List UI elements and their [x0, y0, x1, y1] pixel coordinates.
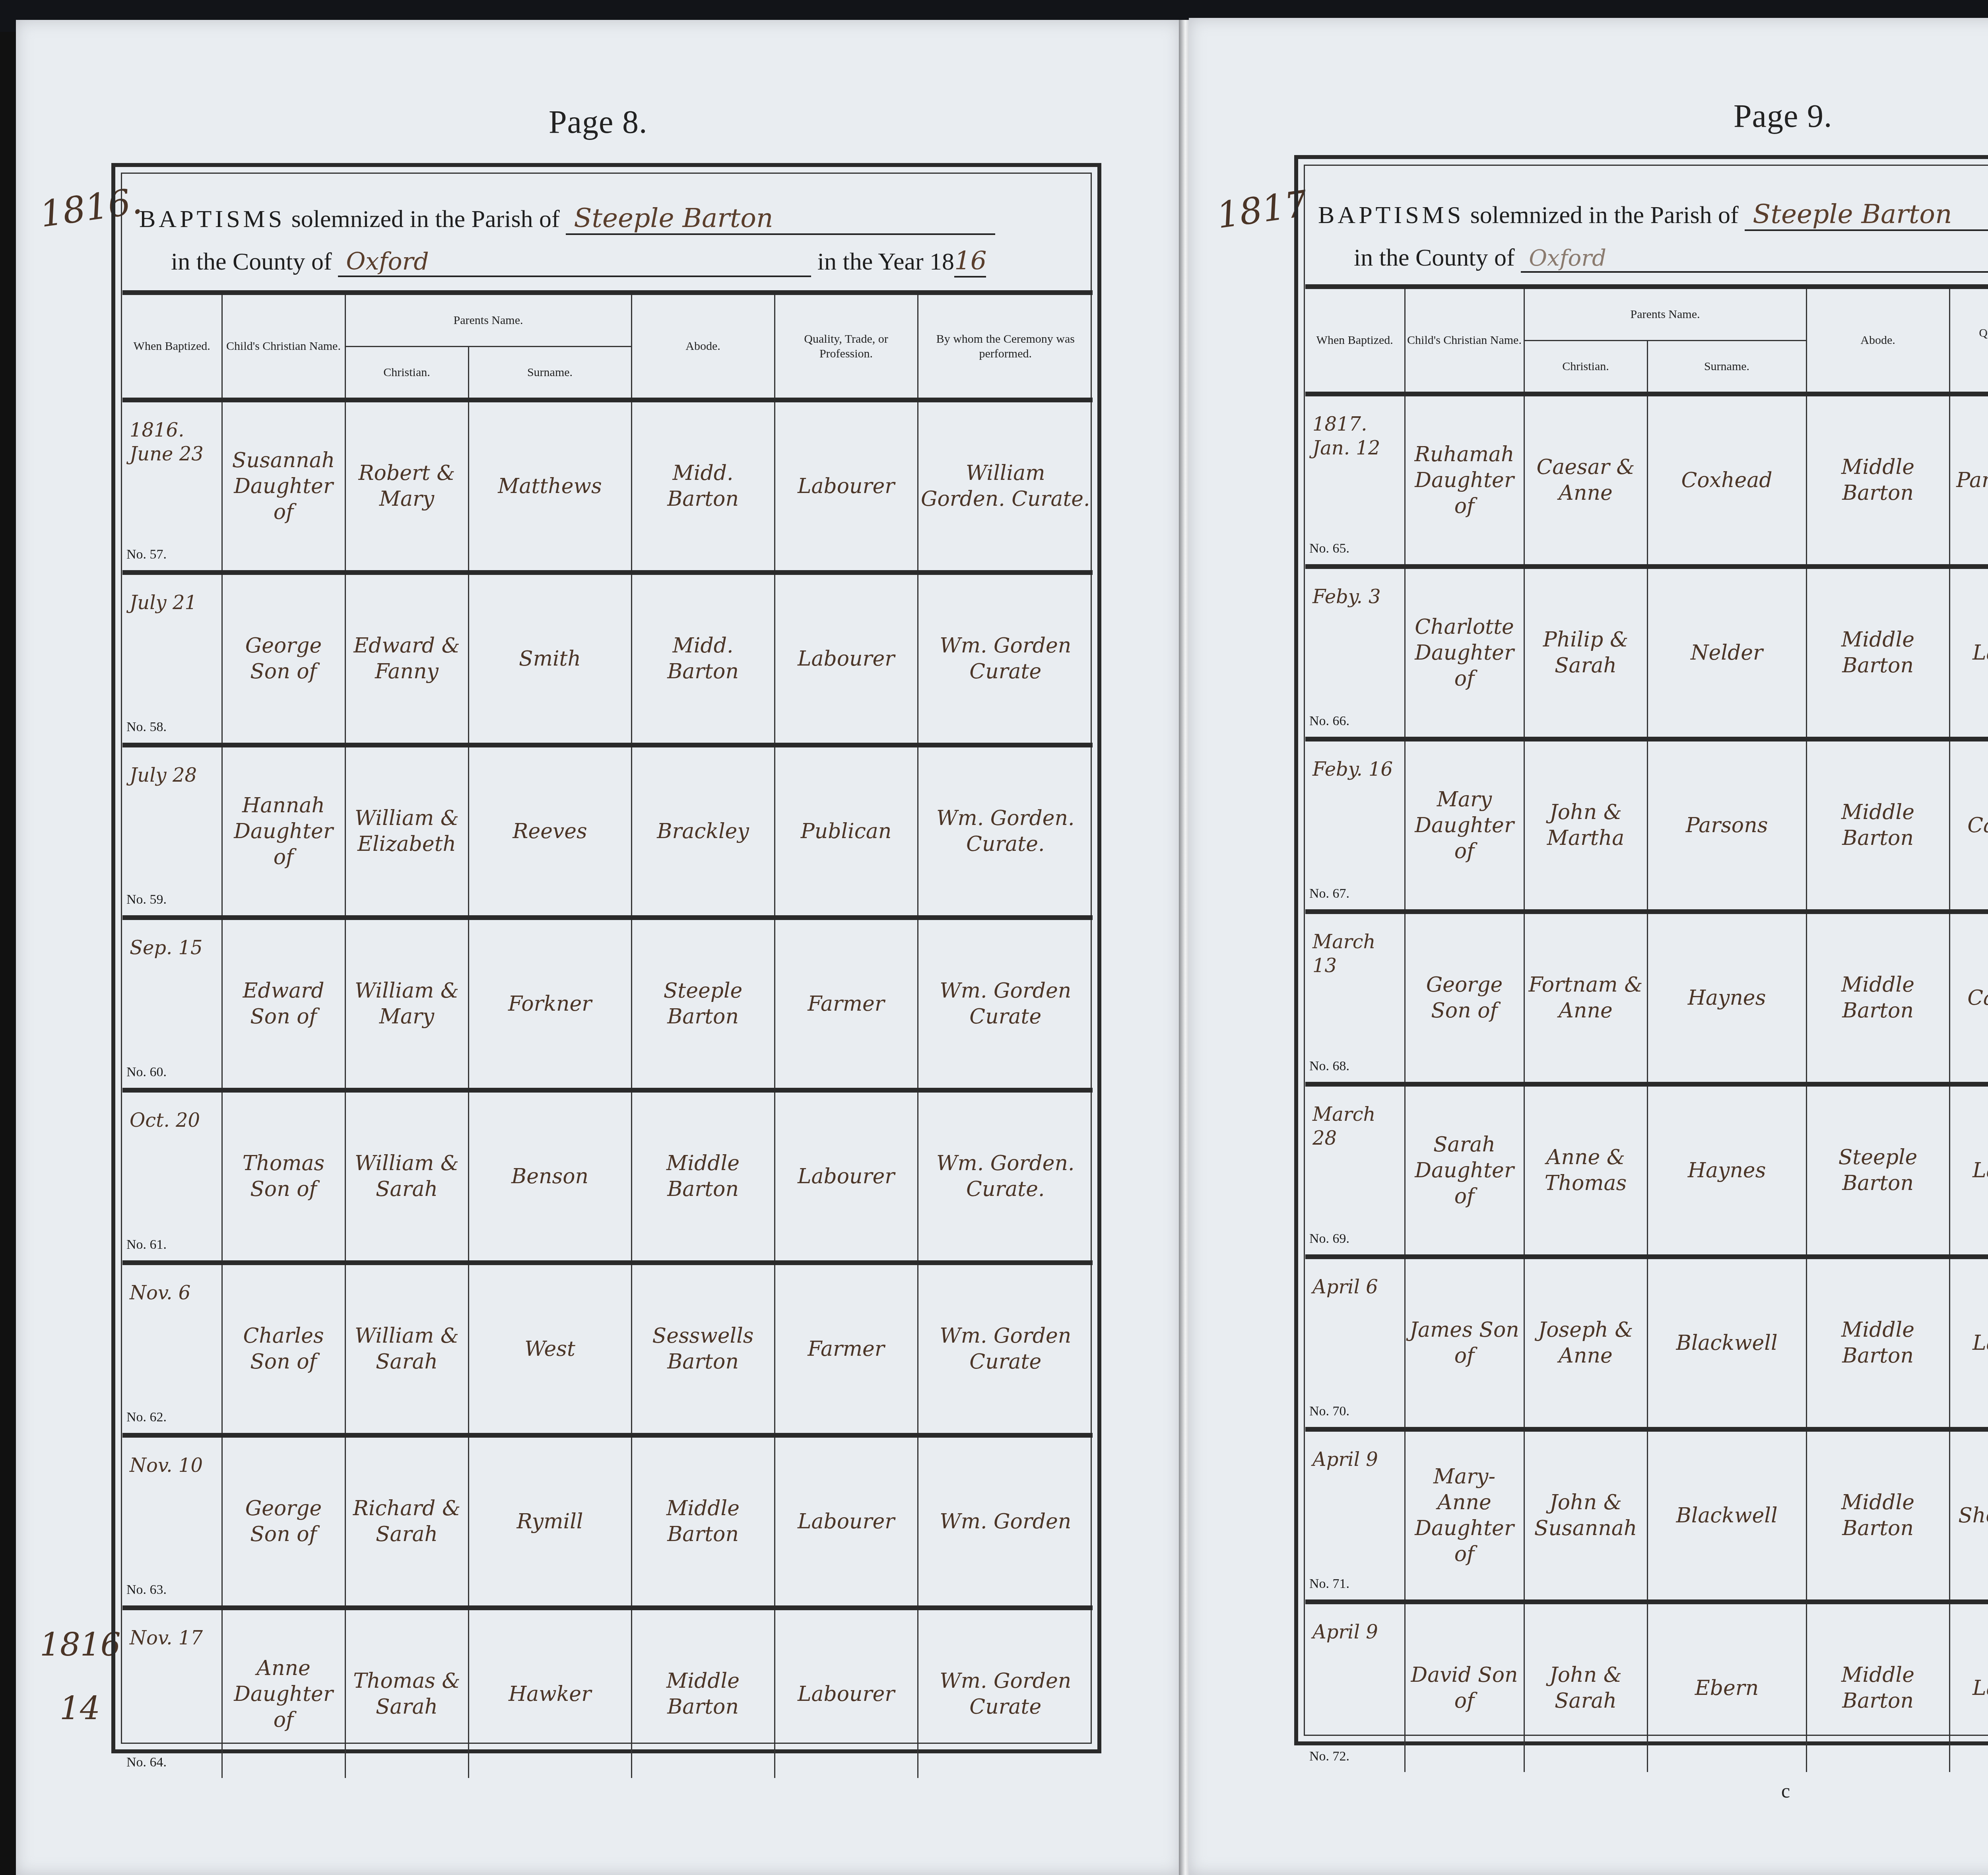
officiant: Wm. Gorden. Curate.: [936, 1151, 1075, 1201]
table-row: July 21No. 58.George Son ofEdward & Fann…: [122, 573, 1093, 745]
page-number: Page 9.: [1734, 97, 1832, 135]
col-parents-name: Parents Name.: [345, 293, 631, 347]
trade-profession-cell: Carpenter: [1949, 912, 1988, 1084]
parent-surname-cell: Forkner: [468, 918, 631, 1090]
parent-christian-names-cell: Thomas & Sarah: [345, 1608, 468, 1778]
table-row: Sep. 15No. 60.Edward Son ofWilliam & Mar…: [122, 918, 1093, 1090]
trade-profession-cell: Labourer: [775, 1608, 918, 1778]
parent-surname-cell: Reeves: [468, 745, 631, 918]
title-line-parish: BAPTISMS solemnized in the Parish of Ste…: [139, 203, 995, 235]
table-row: July 28No. 59.Hannah Daughter ofWilliam …: [122, 745, 1093, 918]
abode: Middle Barton: [666, 1151, 740, 1201]
col-when-baptized: When Baptized.: [122, 293, 222, 400]
parent-christian-names: William & Mary: [355, 979, 459, 1029]
parent-surname-cell: Blackwell: [1647, 1257, 1806, 1429]
officiant: Wm. Gorden Curate: [940, 1324, 1071, 1374]
child-name-cell: Sarah Daughter of: [1405, 1084, 1524, 1257]
abode-cell: Middle Barton: [1806, 1429, 1949, 1602]
parent-surname: Matthews: [498, 474, 602, 498]
col-parent-christian: Christian.: [345, 347, 468, 400]
child-name-cell: George Son of: [222, 1435, 345, 1608]
entry-date-cell: Nov. 10No. 63.: [122, 1435, 222, 1608]
child-name: Edward Son of: [243, 979, 324, 1029]
parent-christian-names: Philip & Sarah: [1543, 628, 1628, 677]
parent-surname: West: [524, 1337, 575, 1361]
parent-christian-names-cell: Anne & Thomas: [1524, 1084, 1647, 1257]
trade-profession: Farmer: [808, 992, 884, 1016]
parent-surname-cell: Rymill: [468, 1435, 631, 1608]
parent-christian-names-cell: William & Mary: [345, 918, 468, 1090]
entry-date: March 28: [1312, 1102, 1404, 1150]
entry-date: 1817. Jan. 12: [1312, 412, 1404, 460]
col-when-baptized: When Baptized.: [1305, 287, 1405, 394]
parent-surname: Blackwell: [1676, 1331, 1777, 1355]
child-name: Hannah Daughter of: [234, 794, 333, 869]
abode-cell: Midd. Barton: [631, 400, 775, 573]
entry-date: April 9: [1312, 1448, 1378, 1471]
abode: Sesswells Barton: [652, 1324, 754, 1374]
table-row: Nov. 10No. 63.George Son ofRichard & Sar…: [122, 1435, 1093, 1608]
entry-date-cell: Nov. 17No. 64.: [122, 1608, 222, 1778]
officiant: Wm. Gorden Curate: [940, 1669, 1071, 1719]
trade-profession-cell: Farmer: [775, 918, 918, 1090]
abode: Steeple Barton: [1839, 1145, 1918, 1195]
child-name-cell: Hannah Daughter of: [222, 745, 345, 918]
trade-profession: Labourer: [798, 474, 895, 498]
parent-christian-names-cell: Robert & Mary: [345, 400, 468, 573]
col-by-whom: By whom the Ceremony was performed.: [918, 293, 1093, 400]
col-abode: Abode.: [1806, 287, 1949, 394]
entry-date-cell: Oct. 20No. 61.: [122, 1090, 222, 1263]
entry-number: No. 68.: [1309, 1058, 1349, 1075]
entry-date: Feby. 16: [1312, 757, 1393, 781]
table-row: April 6No. 70.James Son ofJoseph & AnneB…: [1305, 1257, 1988, 1429]
parent-surname: Coxhead: [1681, 468, 1773, 492]
parent-surname: Benson: [511, 1165, 588, 1188]
child-name-cell: Mary Daughter of: [1405, 739, 1524, 912]
child-name-cell: David Son of: [1405, 1602, 1524, 1772]
officiant-cell: Wm. Gorden Curate: [918, 1263, 1093, 1435]
trade-profession: Labourer: [1972, 1159, 1988, 1182]
entry-number: No. 61.: [126, 1236, 167, 1254]
parent-surname: Blackwell: [1676, 1504, 1777, 1528]
abode: Middle Barton: [1841, 455, 1914, 505]
parent-christian-names: Fortnam & Anne: [1529, 973, 1643, 1023]
trade-profession-cell: Labourer: [1949, 1602, 1988, 1772]
child-name-cell: Thomas Son of: [222, 1090, 345, 1263]
entry-date-cell: Sep. 15No. 60.: [122, 918, 222, 1090]
table-row: April 9No. 72.David Son ofJohn & SarahEb…: [1305, 1602, 1988, 1772]
officiant-cell: Wm. Gorden Curate: [918, 573, 1093, 745]
abode: Middle Barton: [1841, 800, 1914, 850]
abode: Middle Barton: [1841, 628, 1914, 677]
trade-profession-cell: Labourer: [1949, 1084, 1988, 1257]
child-name: Charles Son of: [243, 1324, 324, 1374]
entry-date-cell: Feby. 16No. 67.: [1305, 739, 1405, 912]
entry-date-cell: April 9No. 71.: [1305, 1429, 1405, 1602]
parent-christian-names: John & Sarah: [1549, 1663, 1622, 1713]
child-name-cell: Mary-Anne Daughter of: [1405, 1429, 1524, 1602]
child-name-cell: Ruhamah Daughter of: [1405, 394, 1524, 567]
abode: Steeple Barton: [664, 979, 743, 1029]
col-parent-surname: Surname.: [468, 347, 631, 400]
trade-profession-cell: Labourer: [775, 1090, 918, 1263]
parent-christian-names-cell: William & Elizabeth: [345, 745, 468, 918]
parent-surname-cell: West: [468, 1263, 631, 1435]
child-name-cell: George Son of: [1405, 912, 1524, 1084]
child-name-cell: George Son of: [222, 573, 345, 745]
officiant-cell: Wm. Gorden. Curate.: [918, 745, 1093, 918]
parent-christian-names: John & Susannah: [1534, 1491, 1637, 1540]
trade-profession: Labourer: [798, 1682, 895, 1706]
county-label: in the County of: [1354, 244, 1515, 271]
parent-surname-cell: Parsons: [1647, 739, 1806, 912]
entry-date: March 13: [1312, 930, 1404, 978]
child-name: Susannah Daughter of: [232, 448, 335, 524]
child-name: George Son of: [245, 1497, 322, 1546]
abode-cell: Middle Barton: [631, 1608, 775, 1778]
parent-surname: Nelder: [1691, 641, 1763, 665]
entry-date: Nov. 6: [130, 1281, 190, 1305]
parent-surname: Smith: [519, 647, 581, 671]
table-row: March 13No. 68.George Son ofFortnam & An…: [1305, 912, 1988, 1084]
trade-profession-cell: Labourer: [1949, 567, 1988, 739]
entry-date-cell: Feby. 3No. 66.: [1305, 567, 1405, 739]
child-name: Mary Daughter of: [1415, 788, 1514, 863]
entry-date: Nov. 17: [130, 1626, 203, 1650]
entry-date: July 21: [130, 591, 197, 615]
entry-date: July 28: [130, 763, 197, 787]
trade-profession: Labourer: [798, 1165, 895, 1188]
parent-christian-names: Edward & Fanny: [353, 634, 460, 683]
parent-surname: Parsons: [1686, 813, 1768, 837]
officiant-cell: William Gorden. Curate.: [918, 400, 1093, 573]
signature-mark: c: [1781, 1779, 1790, 1802]
child-name-cell: James Son of: [1405, 1257, 1524, 1429]
entry-number: No. 57.: [126, 546, 167, 563]
parent-surname-cell: Coxhead: [1647, 394, 1806, 567]
entry-number: No. 60.: [126, 1064, 167, 1081]
entry-date-cell: July 28No. 59.: [122, 745, 222, 918]
trade-profession: Labourer: [798, 1510, 895, 1533]
table-row: 1817. Jan. 12No. 65.Ruhamah Daughter ofC…: [1305, 394, 1988, 567]
child-name-cell: Susannah Daughter of: [222, 400, 345, 573]
trade-profession-cell: Labourer: [775, 573, 918, 745]
parent-surname: Rymill: [517, 1510, 583, 1533]
officiant-cell: Wm. Gorden: [918, 1435, 1093, 1608]
officiant: Wm. Gorden: [940, 1510, 1071, 1533]
officiant: William Gorden. Curate.: [921, 461, 1090, 511]
table-row: Oct. 20No. 61.Thomas Son ofWilliam & Sar…: [122, 1090, 1093, 1263]
parent-surname-cell: Blackwell: [1647, 1429, 1806, 1602]
abode-cell: Brackley: [631, 745, 775, 918]
trade-profession-cell: Carpenter: [1949, 739, 1988, 912]
abode: Middle Barton: [1841, 1318, 1914, 1368]
entry-number: No. 67.: [1309, 885, 1349, 903]
parent-christian-names: William & Elizabeth: [355, 806, 459, 856]
abode-cell: Middle Barton: [1806, 1257, 1949, 1429]
entry-date-cell: April 9No. 72.: [1305, 1602, 1405, 1772]
child-name: George Son of: [245, 634, 322, 683]
col-quality: Quality, Trade, or Profession.: [775, 293, 918, 400]
parent-surname-cell: Benson: [468, 1090, 631, 1263]
abode-cell: Middle Barton: [1806, 567, 1949, 739]
parent-surname-cell: Smith: [468, 573, 631, 745]
trade-profession: Labourer: [1972, 1676, 1988, 1700]
parent-christian-names: Joseph & Anne: [1538, 1318, 1633, 1368]
entry-date: Oct. 20: [130, 1108, 200, 1132]
abode-cell: Middle Barton: [1806, 394, 1949, 567]
entry-date: 1816. June 23: [130, 418, 221, 466]
entry-date: Feby. 3: [1312, 585, 1381, 609]
parent-surname-cell: Ebern: [1647, 1602, 1806, 1772]
table-row: March 28No. 69.Sarah Daughter ofAnne & T…: [1305, 1084, 1988, 1257]
col-child-name: Child's Christian Name.: [1405, 287, 1524, 394]
trade-profession: Labourer: [1972, 1331, 1988, 1355]
abode-cell: Middle Barton: [631, 1435, 775, 1608]
col-parent-christian: Christian.: [1524, 341, 1647, 394]
title-text: solemnized in the Parish of: [291, 206, 560, 233]
register-frame: BAPTISMS solemnized in the Parish of Ste…: [111, 163, 1101, 1753]
abode-cell: Sesswells Barton: [631, 1263, 775, 1435]
baptism-table: When Baptized. Child's Christian Name. P…: [122, 290, 1093, 1778]
title-prefix: BAPTISMS: [139, 206, 285, 233]
child-name: Sarah Daughter of: [1415, 1133, 1514, 1208]
entry-number: No. 72.: [1309, 1748, 1349, 1765]
entry-number: No. 71.: [1309, 1576, 1349, 1593]
parent-christian-names-cell: Richard & Sarah: [345, 1435, 468, 1608]
col-parent-surname: Surname.: [1647, 341, 1806, 394]
abode: Middle Barton: [1841, 1663, 1914, 1713]
officiant: Wm. Gorden. Curate.: [936, 806, 1075, 856]
entry-date: Sep. 15: [130, 936, 203, 960]
trade-profession: Carpenter: [1967, 986, 1988, 1010]
title-line-county: in the County of Oxford in the Year 1816: [171, 247, 986, 278]
trade-profession-cell: Parish Clerk: [1949, 394, 1988, 567]
entry-date-cell: April 6No. 70.: [1305, 1257, 1405, 1429]
entry-date-cell: 1817. Jan. 12No. 65.: [1305, 394, 1405, 567]
child-name-cell: Anne Daughter of: [222, 1608, 345, 1778]
parent-christian-names: Robert & Mary: [358, 461, 455, 511]
trade-profession: Labourer: [1972, 641, 1988, 665]
parent-christian-names-cell: John & Sarah: [1524, 1602, 1647, 1772]
child-name: Mary-Anne Daughter of: [1415, 1465, 1514, 1566]
year-field: 16: [954, 247, 986, 278]
parent-surname-cell: Haynes: [1647, 1084, 1806, 1257]
trade-profession-cell: Shopkeeper: [1949, 1429, 1988, 1602]
officiant: Wm. Gorden Curate: [940, 979, 1071, 1029]
entry-number: No. 66.: [1309, 713, 1349, 730]
parent-surname: Haynes: [1688, 1159, 1766, 1182]
trade-profession: Publican: [801, 819, 892, 843]
abode-cell: Middle Barton: [631, 1090, 775, 1263]
entry-number: No. 64.: [126, 1754, 167, 1771]
parent-christian-names-cell: Edward & Fanny: [345, 573, 468, 745]
parent-christian-names: John & Martha: [1547, 800, 1625, 850]
entry-date-cell: March 28No. 69.: [1305, 1084, 1405, 1257]
child-name: David Son of: [1411, 1663, 1518, 1713]
trade-profession-cell: Labourer: [1949, 1257, 1988, 1429]
entry-date-cell: Nov. 6No. 62.: [122, 1263, 222, 1435]
officiant-cell: Wm. Gorden. Curate.: [918, 1090, 1093, 1263]
abode: Midd. Barton: [667, 634, 739, 683]
table-row: Feby. 3No. 66.Charlotte Daughter ofPhili…: [1305, 567, 1988, 739]
abode: Middle Barton: [1841, 973, 1914, 1023]
parent-christian-names-cell: Fortnam & Anne: [1524, 912, 1647, 1084]
child-name: Thomas Son of: [243, 1151, 324, 1201]
parent-surname: Hawker: [509, 1682, 591, 1706]
entry-date: Nov. 10: [130, 1454, 203, 1477]
abode: Midd. Barton: [667, 461, 739, 511]
child-name: Anne Daughter of: [234, 1656, 333, 1732]
child-name-cell: Edward Son of: [222, 918, 345, 1090]
table-row: April 9No. 71.Mary-Anne Daughter ofJohn …: [1305, 1429, 1988, 1602]
entry-number: No. 58.: [126, 719, 167, 736]
trade-profession-cell: Publican: [775, 745, 918, 918]
parent-surname: Forkner: [508, 992, 592, 1016]
register-frame: BAPTISMS solemnized in the Parish of Ste…: [1294, 155, 1988, 1745]
parent-christian-names-cell: Joseph & Anne: [1524, 1257, 1647, 1429]
abode-cell: Midd. Barton: [631, 573, 775, 745]
child-name-cell: Charlotte Daughter of: [1405, 567, 1524, 739]
abode-cell: Middle Barton: [1806, 912, 1949, 1084]
title-line-county: in the County of Oxford in the Year 1817: [1354, 243, 1988, 274]
parent-christian-names-cell: William & Sarah: [345, 1090, 468, 1263]
entry-number: No. 59.: [126, 891, 167, 908]
entry-number: No. 62.: [126, 1409, 167, 1426]
parent-christian-names: William & Sarah: [355, 1151, 459, 1201]
table-row: Nov. 6No. 62.Charles Son ofWilliam & Sar…: [122, 1263, 1093, 1435]
col-abode: Abode.: [631, 293, 775, 400]
trade-profession: Labourer: [798, 647, 895, 671]
parent-christian-names-cell: William & Sarah: [345, 1263, 468, 1435]
abode: Middle Barton: [666, 1497, 740, 1546]
trade-profession: Farmer: [808, 1337, 884, 1361]
parent-christian-names: Caesar & Anne: [1537, 455, 1635, 505]
col-quality: Quality, Trade, or Profession.: [1949, 287, 1988, 394]
trade-profession: Carpenter: [1967, 813, 1988, 837]
parent-christian-names-cell: John & Susannah: [1524, 1429, 1647, 1602]
parent-surname-cell: Matthews: [468, 400, 631, 573]
parent-christian-names: William & Sarah: [355, 1324, 459, 1374]
parent-surname-cell: Nelder: [1647, 567, 1806, 739]
parish-field: Steeple Barton: [1745, 199, 1988, 231]
parent-christian-names-cell: John & Martha: [1524, 739, 1647, 912]
abode: Brackley: [657, 819, 749, 843]
margin-year-note-bottom: 1816: [40, 1626, 121, 1663]
parish-field: Steeple Barton: [566, 203, 995, 235]
entry-date-cell: July 21No. 58.: [122, 573, 222, 745]
table-row: 1816. June 23No. 57.Susannah Daughter of…: [122, 400, 1093, 573]
right-page: Page 9. 1817 BAPTISMS solemnized in the …: [1189, 18, 1988, 1875]
officiant-cell: Wm. Gorden Curate: [918, 918, 1093, 1090]
entry-number: No. 70.: [1309, 1403, 1349, 1420]
child-name: Charlotte Daughter of: [1415, 615, 1514, 691]
parent-christian-names: Anne & Thomas: [1545, 1145, 1627, 1195]
trade-profession-cell: Labourer: [775, 400, 918, 573]
col-child-name: Child's Christian Name.: [222, 293, 345, 400]
parent-surname: Reeves: [513, 819, 587, 843]
baptism-table: When Baptized. Child's Christian Name. P…: [1305, 284, 1988, 1772]
parent-christian-names: Richard & Sarah: [353, 1497, 460, 1546]
entry-date: April 6: [1312, 1275, 1378, 1299]
abode-cell: Steeple Barton: [1806, 1084, 1949, 1257]
parent-surname-cell: Haynes: [1647, 912, 1806, 1084]
entry-date: April 9: [1312, 1620, 1378, 1644]
entry-number: No. 65.: [1309, 540, 1349, 557]
trade-profession-cell: Labourer: [775, 1435, 918, 1608]
child-name-cell: Charles Son of: [222, 1263, 345, 1435]
trade-profession: Shopkeeper: [1958, 1504, 1988, 1528]
parent-surname: Ebern: [1695, 1676, 1759, 1700]
year-label: in the Year 18: [817, 248, 954, 275]
trade-profession: Parish Clerk: [1956, 468, 1988, 492]
abode: Middle Barton: [666, 1669, 740, 1719]
page-number: Page 8.: [549, 103, 647, 141]
officiant-cell: Wm. Gorden Curate: [918, 1608, 1093, 1778]
entry-number: No. 69.: [1309, 1231, 1349, 1248]
left-page: Page 8. 1816. 1816 14 BAPTISMS solemnize…: [16, 20, 1181, 1875]
county-field: Oxford: [338, 248, 811, 277]
officiant: Wm. Gorden Curate: [940, 634, 1071, 683]
table-row: Nov. 17No. 64.Anne Daughter ofThomas & S…: [122, 1608, 1093, 1778]
county-label: in the County of: [171, 248, 332, 275]
child-name: Ruhamah Daughter of: [1415, 443, 1514, 518]
abode-cell: Middle Barton: [1806, 1602, 1949, 1772]
entry-date-cell: 1816. June 23No. 57.: [122, 400, 222, 573]
parent-surname-cell: Hawker: [468, 1608, 631, 1778]
col-parents-name: Parents Name.: [1524, 287, 1806, 341]
child-name: James Son of: [1409, 1318, 1519, 1368]
margin-count-note: 14: [60, 1690, 100, 1727]
trade-profession-cell: Farmer: [775, 1263, 918, 1435]
entry-number: No. 63.: [126, 1582, 167, 1599]
title-prefix: BAPTISMS: [1318, 202, 1464, 229]
title-text: solemnized in the Parish of: [1470, 202, 1739, 229]
county-field: Oxford: [1521, 245, 1988, 273]
parent-christian-names-cell: Caesar & Anne: [1524, 394, 1647, 567]
abode: Middle Barton: [1841, 1491, 1914, 1540]
table-row: Feby. 16No. 67.Mary Daughter ofJohn & Ma…: [1305, 739, 1988, 912]
parent-surname: Haynes: [1688, 986, 1766, 1010]
parent-christian-names: Thomas & Sarah: [353, 1669, 460, 1719]
title-line-parish: BAPTISMS solemnized in the Parish of Ste…: [1318, 199, 1988, 231]
abode-cell: Middle Barton: [1806, 739, 1949, 912]
entry-date-cell: March 13No. 68.: [1305, 912, 1405, 1084]
abode-cell: Steeple Barton: [631, 918, 775, 1090]
parent-christian-names-cell: Philip & Sarah: [1524, 567, 1647, 739]
child-name: George Son of: [1426, 973, 1503, 1023]
